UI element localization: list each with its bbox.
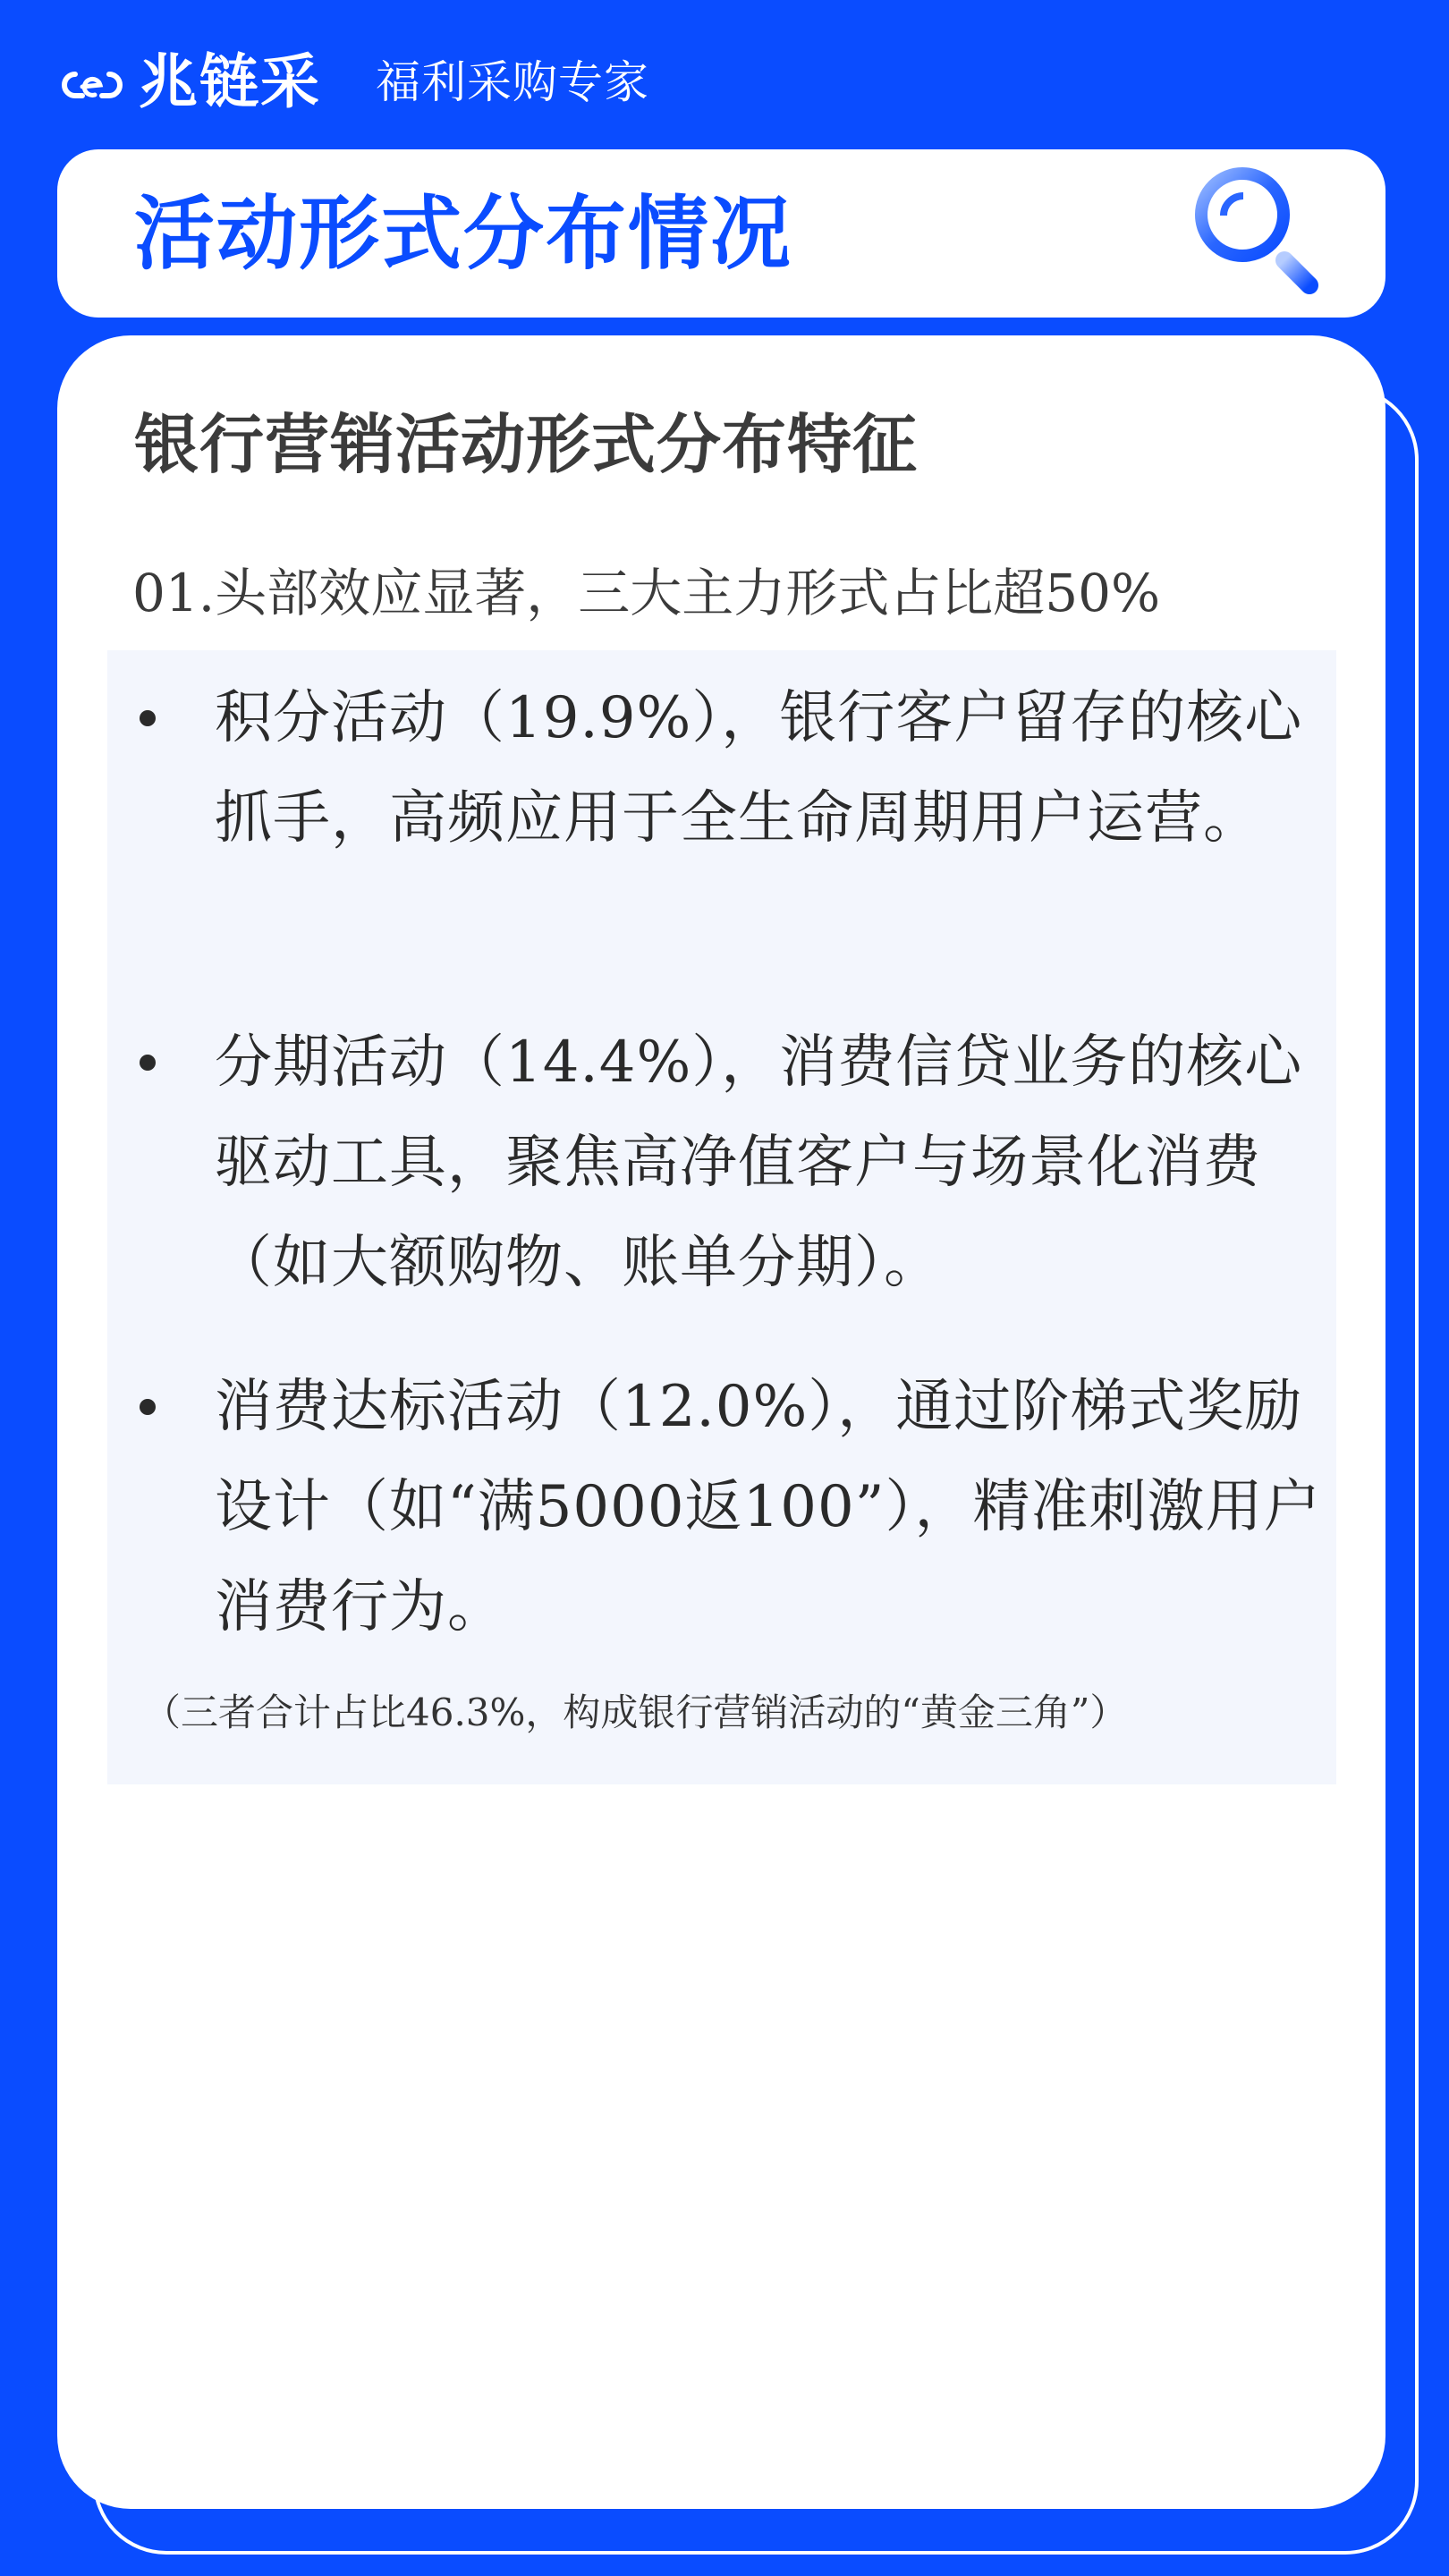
info-box: 积分活动（19.9%），银行客户留存的核心抓手，高频应用于全生命周期用户运营。 …: [107, 650, 1336, 1784]
brand-header: 兆链采 福利采购专家: [0, 0, 1449, 143]
list-item-text: 积分活动（19.9%），银行客户留存的核心抓手，高频应用于全生命周期用户运营。: [215, 668, 1324, 869]
card-title: 银行营销活动形式分布特征: [134, 400, 918, 489]
chain-link-logo-icon: [55, 70, 129, 100]
summary-note: （三者合计占比46.3%，构成银行营销活动的“黄金三角”）: [143, 1686, 1127, 1740]
page-title: 活动形式分布情况: [134, 187, 792, 280]
bullet-icon: [140, 710, 156, 726]
search-icon: [1182, 165, 1326, 309]
section-heading: 01.头部效应显著，三大主力形式占比超50%: [132, 559, 1160, 627]
content-card: 银行营销活动形式分布特征 01.头部效应显著，三大主力形式占比超50% 积分活动…: [57, 335, 1385, 2509]
list-item-text: 分期活动（14.4%），消费信贷业务的核心驱动工具，聚焦高净值客户与场景化消费（…: [215, 1013, 1324, 1313]
list-item-text: 消费达标活动（12.0%），通过阶梯式奖励设计（如“满5000返100”），精准…: [215, 1357, 1324, 1657]
title-banner: 活动形式分布情况: [57, 149, 1385, 318]
bullet-icon: [140, 1055, 156, 1071]
bullet-icon: [140, 1399, 156, 1415]
brand-tagline: 福利采购专家: [376, 54, 649, 111]
brand-name: 兆链采: [139, 47, 321, 118]
